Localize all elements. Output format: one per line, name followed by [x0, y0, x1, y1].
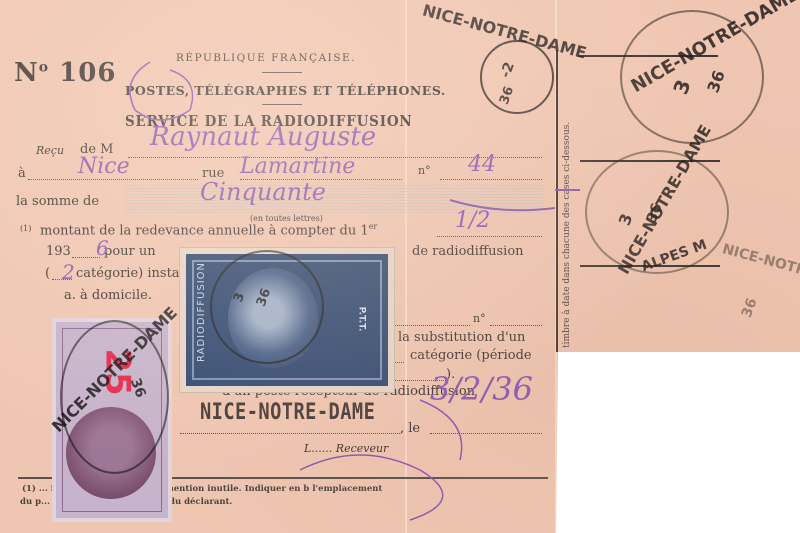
stamp-text: RADIODIFFUSION [196, 262, 207, 362]
receipt-paper: No 106 RÉPUBLIQUE FRANÇAISE. POSTES, TÉL… [0, 0, 800, 533]
stamp-ptt: P.T.T. [357, 307, 367, 332]
linear-postmark: NICE-NOTRE-DAME [200, 400, 375, 425]
